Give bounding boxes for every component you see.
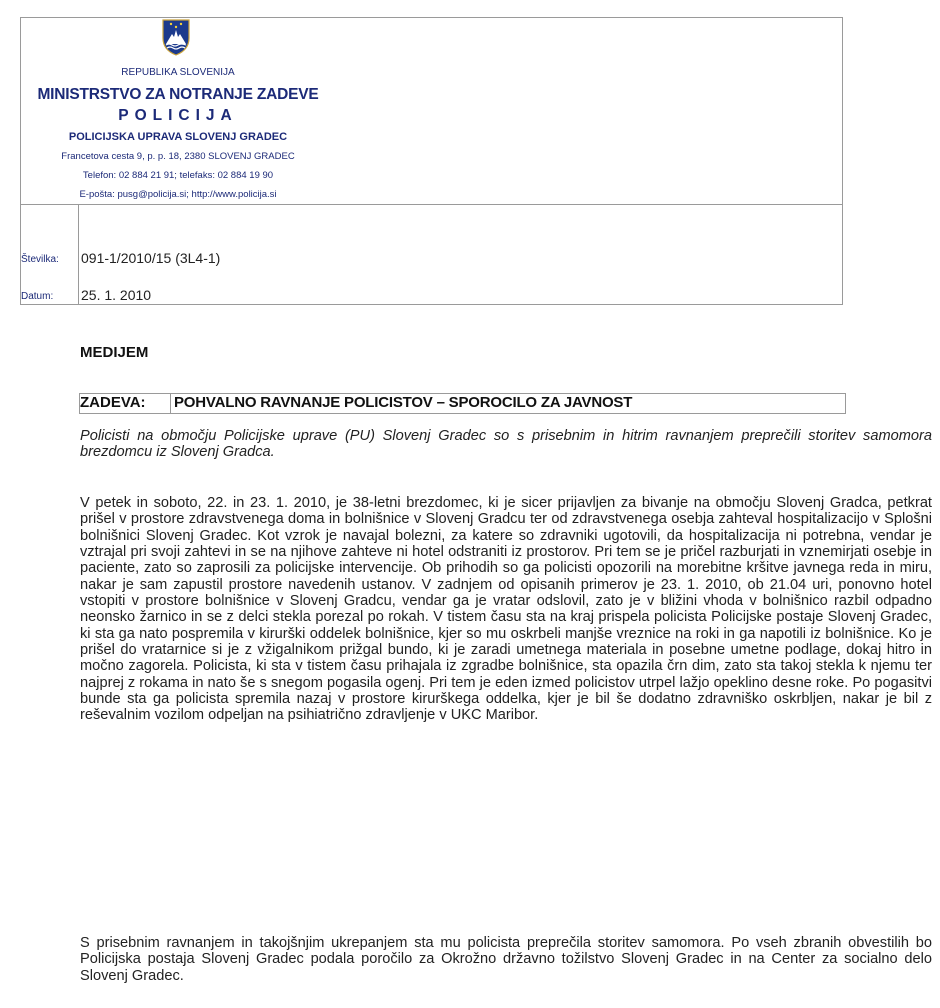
ministry-name: MINISTRSTVO ZA NOTRANJE ZADEVE xyxy=(18,86,338,104)
police-name: POLICIJA xyxy=(20,107,336,125)
number-value: 091-1/2010/15 (3L4-1) xyxy=(81,250,220,266)
postal-address: Francetova cesta 9, p. p. 18, 2380 SLOVE… xyxy=(10,151,346,162)
subject-title: POHVALNO RAVNANJE POLICISTOV – SPOROCILO… xyxy=(174,394,632,411)
body-paragraph: V petek in soboto, 22. in 23. 1. 2010, j… xyxy=(80,495,932,724)
recipient: MEDIJEM xyxy=(80,344,148,361)
phone-fax: Telefon: 02 884 21 91; telefaks: 02 884 … xyxy=(20,170,336,181)
slovenia-coat-of-arms-icon xyxy=(161,18,191,56)
date-value: 25. 1. 2010 xyxy=(81,287,151,303)
number-label: Številka: xyxy=(21,254,59,265)
meta-column-divider xyxy=(78,204,79,305)
letterhead-divider xyxy=(20,204,843,205)
email-web: E-pošta: pusg@policija.si; http://www.po… xyxy=(20,189,336,200)
lead-paragraph: Policisti na območju Policijske uprave (… xyxy=(80,428,932,461)
republic-name: REPUBLIKA SLOVENIJA xyxy=(20,67,336,78)
subject-divider xyxy=(170,393,171,414)
subject-label: ZADEVA: xyxy=(80,394,146,411)
police-unit-name: POLICIJSKA UPRAVA SLOVENJ GRADEC xyxy=(20,131,336,143)
date-label: Datum: xyxy=(21,291,53,302)
closing-paragraph: S prisebnim ravnanjem in takojšnjim ukre… xyxy=(80,935,932,984)
